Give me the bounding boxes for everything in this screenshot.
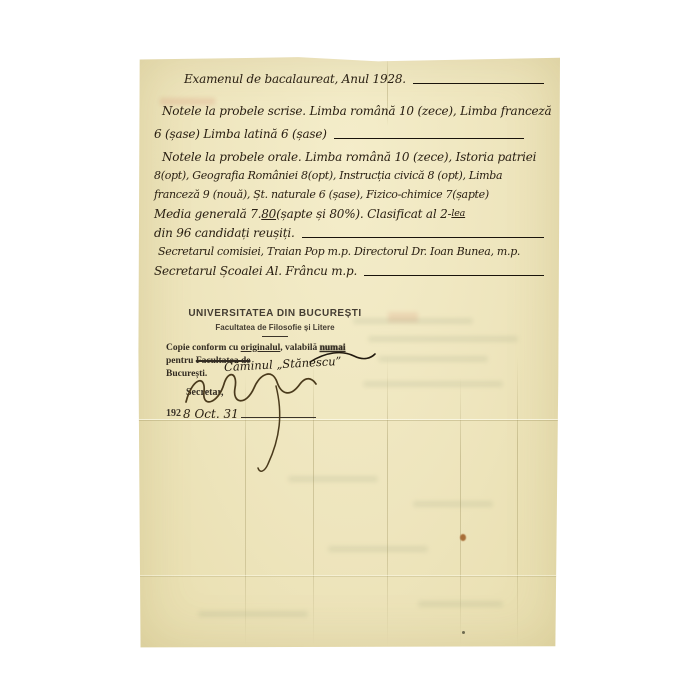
scanned-document-page: Examenul de bacalaureat, Anul 1928. Note…	[0, 0, 700, 700]
stamp-university-name: UNIVERSITATEA DIN BUCUREȘTI	[166, 308, 384, 320]
manuscript-line: Secretarul comisiei, Traian Pop m.p. Dir…	[154, 243, 546, 261]
underlined-ordinal: lea	[451, 205, 465, 223]
line-text: Media generală 7.	[154, 205, 261, 223]
underlined-grade: 80	[261, 205, 276, 223]
line-text: Notele la probele orale. Limba română 10…	[162, 148, 536, 166]
show-through-text	[198, 611, 308, 617]
ink-stain	[460, 534, 466, 541]
fold-crease	[387, 356, 388, 646]
stamp-separator	[262, 336, 288, 337]
line-text: Secretarul comisiei, Traian Pop m.p. Dir…	[158, 243, 520, 261]
manuscript-line: 6 (șase) Limba latină 6 (șase)	[154, 125, 546, 143]
show-through-text	[418, 601, 503, 607]
handwritten-rule	[413, 83, 544, 84]
manuscript-line-media: Media generală 7. 80 (șapte și 80%). Cla…	[154, 205, 546, 223]
handwritten-rule	[364, 275, 544, 276]
manuscript-line: franceză 9 (nouă), Șt. naturale 6 (șase)…	[154, 186, 546, 204]
secretary-signature-scrawl	[180, 356, 330, 486]
manuscript-line: 8(opt), Geografia României 8(opt), Instr…	[154, 167, 546, 185]
red-ink-show-through	[388, 312, 418, 322]
stamp-faculty-name: Facultatea de Filosofie și Litere	[166, 323, 384, 333]
line-text: 6 (șase) Limba latină 6 (șase)	[154, 125, 327, 143]
line-text: (șapte și 80%). Clasificat al 2-	[276, 205, 451, 223]
line-text: din 96 candidați reușiți.	[154, 224, 295, 242]
line-text: franceză 9 (nouă), Șt. naturale 6 (șase)…	[154, 186, 489, 204]
manuscript-line-title: Examenul de bacalaureat, Anul 1928.	[154, 70, 546, 88]
show-through-text	[368, 336, 518, 342]
paper-speck	[462, 631, 465, 634]
title-text: Examenul de bacalaureat, Anul 1928.	[184, 70, 406, 88]
fold-crease	[138, 575, 560, 577]
document-paper: Examenul de bacalaureat, Anul 1928. Note…	[138, 56, 560, 648]
line-text: Notele la probele scrise. Limba română 1…	[162, 102, 551, 120]
certify-underlined: originalul	[241, 343, 281, 353]
manuscript-line: Notele la probele orale. Limba română 10…	[154, 148, 546, 166]
manuscript-line: din 96 candidați reușiți.	[154, 224, 546, 242]
line-text: Secretarul Școalei Al. Frâncu m.p.	[154, 262, 357, 280]
show-through-text	[413, 501, 493, 507]
fold-crease	[517, 356, 518, 646]
show-through-text	[328, 546, 428, 552]
handwritten-rule	[302, 237, 544, 238]
manuscript-line: Notele la probele scrise. Limba română 1…	[154, 102, 546, 120]
show-through-text	[363, 381, 503, 387]
manuscript-line: Secretarul Școalei Al. Frâncu m.p.	[154, 262, 546, 280]
show-through-text	[378, 356, 488, 362]
certify-text: Copie conform cu	[166, 343, 241, 353]
date-printed-year: 192	[166, 408, 181, 419]
handwritten-rule	[334, 138, 524, 139]
line-text: 8(opt), Geografia României 8(opt), Instr…	[154, 167, 502, 185]
